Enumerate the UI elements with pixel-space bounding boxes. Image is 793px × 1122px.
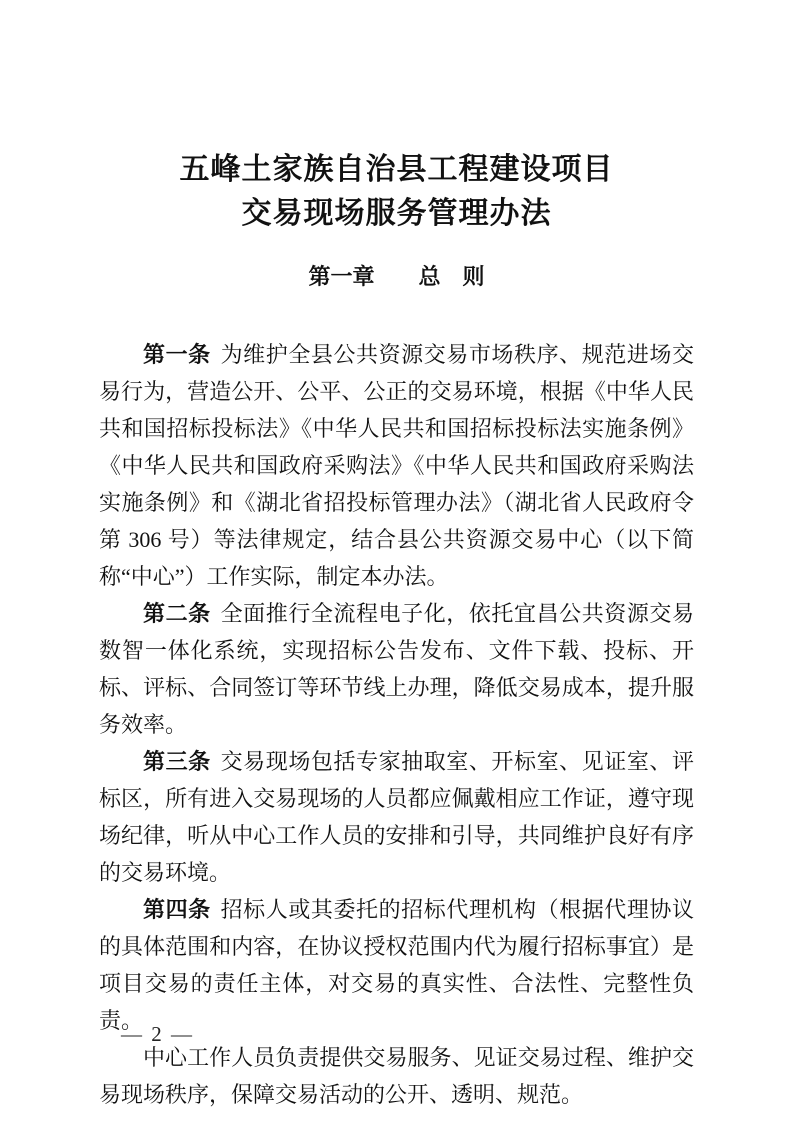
article-2-number: 第二条	[143, 601, 211, 626]
article-1-number: 第一条	[143, 342, 211, 367]
paragraph-article-2: 第二条全面推行全流程电子化，依托宜昌公共资源交易数智一体化系统，实现招标公告发布…	[99, 595, 694, 743]
article-3-number: 第三条	[143, 749, 211, 774]
chapter-heading: 第一章 总 则	[99, 262, 694, 292]
document-page: 五峰土家族自治县工程建设项目 交易现场服务管理办法 第一章 总 则 第一条为维护…	[0, 0, 793, 1122]
article-4-number: 第四条	[143, 897, 211, 922]
paragraph-article-1: 第一条为维护全县公共资源交易市场秩序、规范进场交易行为，营造公开、公平、公正的交…	[99, 336, 694, 595]
document-title: 五峰土家族自治县工程建设项目 交易现场服务管理办法	[99, 0, 694, 236]
title-line-1: 五峰土家族自治县工程建设项目	[99, 148, 694, 192]
paragraph-article-3: 第三条交易现场包括专家抽取室、开标室、见证室、评标区，所有进入交易现场的人员都应…	[99, 743, 694, 891]
title-line-2: 交易现场服务管理办法	[99, 192, 694, 236]
article-4-continuation-text: 中心工作人员负责提供交易服务、见证交易过程、维护交易现场秩序，保障交易活动的公开…	[99, 1045, 694, 1107]
paragraph-article-4: 第四条招标人或其委托的招标代理机构（根据代理协议的具体范围和内容，在协议授权范围…	[99, 891, 694, 1039]
paragraph-article-4-continuation: 中心工作人员负责提供交易服务、见证交易过程、维护交易现场秩序，保障交易活动的公开…	[99, 1039, 694, 1113]
article-1-text: 为维护全县公共资源交易市场秩序、规范进场交易行为，营造公开、公平、公正的交易环境…	[99, 342, 694, 589]
document-body: 第一条为维护全县公共资源交易市场秩序、规范进场交易行为，营造公开、公平、公正的交…	[99, 336, 694, 1113]
page-number: — 2 —	[121, 1020, 194, 1048]
